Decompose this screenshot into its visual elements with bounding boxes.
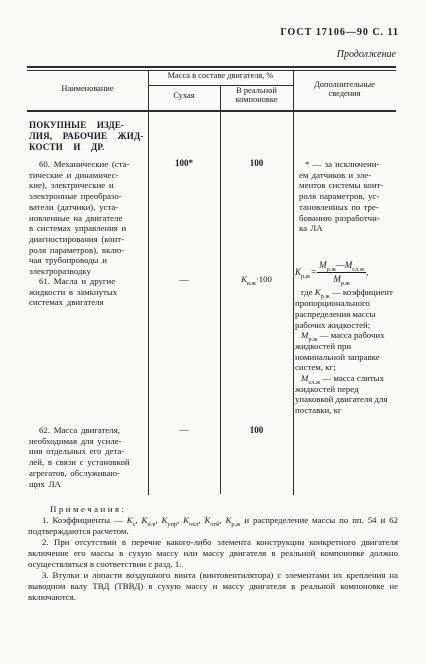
- note-2: 2. При отсутствии в перечне какого-либо …: [28, 537, 398, 570]
- row-60-name: 60. Механические (ста- тические и динами…: [29, 159, 148, 277]
- row-60-real-value: 100: [220, 158, 293, 168]
- note-1: 1. Коэффициенты — Кс, Кн.в, Купр, Кохл, …: [28, 515, 398, 537]
- row-60-dry-value: 100*: [148, 158, 220, 168]
- row-62-real-value: 100: [220, 425, 293, 435]
- row-60-additional-info: * — за исключени- ем датчиков и эле- мен…: [299, 159, 395, 234]
- header-bottom-rule: [27, 110, 396, 112]
- row-61-name: 61. Масла и другие жидкости в замкнутых …: [29, 276, 148, 308]
- mass-table: Наименование Масса в составе двигателя, …: [27, 66, 396, 495]
- column-divider-3: [293, 70, 294, 495]
- formula-denominator: Мр.ж: [333, 273, 350, 285]
- continuation-label: Продолжение: [337, 49, 396, 60]
- formula-comma: ,: [366, 267, 368, 278]
- legend-mslzh: Мсл.ж — масса слитых жидкостей перед упа…: [295, 373, 395, 416]
- legend-krzh: где Кр.ж — коэффициент пропорционального…: [295, 287, 395, 330]
- row-62-name: 62. Масса двигателя, необходимая для уси…: [29, 425, 148, 489]
- table-top-rule-outer: [27, 66, 396, 68]
- mass-coefficient-formula: Кр.ж= Мр.ж—Мсл.ж Мр.ж ,: [295, 260, 395, 284]
- column-header-real-layout: В реальной компоновке: [220, 87, 293, 105]
- legend-mrzh: Мр.ж — масса рабочих жидкостей при номин…: [295, 330, 395, 373]
- equals-sign: =: [311, 267, 316, 277]
- column-header-dry: Сухая: [148, 92, 220, 101]
- row-61-dry-value: —: [148, 275, 220, 285]
- formula-legend: где Кр.ж — коэффициент пропорционального…: [295, 287, 395, 415]
- formula-numerator: Мр.ж—Мсл.ж: [317, 260, 366, 273]
- formula-fraction: Мр.ж—Мсл.ж Мр.ж: [317, 260, 366, 284]
- formula-k-subscript: р.ж: [301, 273, 310, 280]
- coefficient-multiplier: ·100: [256, 274, 272, 284]
- row-62-dry-value: —: [148, 425, 220, 435]
- coefficient-subscript: в.ж: [247, 280, 256, 287]
- mass-subscript: р.ж: [341, 280, 350, 287]
- column-header-name: Наименование: [27, 85, 148, 94]
- formula-lhs: Кр.ж=: [295, 267, 317, 278]
- notes-title: Примечания:: [50, 504, 398, 515]
- column-header-additional: Дополнительные сведения: [293, 81, 396, 99]
- notes-section: Примечания: 1. Коэффициенты — Кс, Кн.в, …: [28, 504, 398, 603]
- mass-symbol: М: [319, 260, 327, 270]
- row-61-real-value: Кв.ж·100: [220, 274, 293, 284]
- row-61-additional-info: Кр.ж= Мр.ж—Мсл.ж Мр.ж , где Кр.ж — коэфф…: [295, 260, 395, 416]
- mass-symbol: М: [333, 274, 341, 284]
- column-header-mass-group: Масса в составе двигателя, %: [148, 72, 293, 81]
- section-heading-purchased-items: ПОКУПНЫЕ ИЗДЕ- ЛИЯ, РАБОЧИЕ ЖИД- КОСТИ И…: [29, 120, 147, 152]
- minus-sign: —: [336, 260, 345, 270]
- mass-subscript: сл.ж: [352, 266, 364, 273]
- standard-reference: ГОСТ 17106—90 С. 11: [280, 27, 399, 38]
- note-3: 3. Втулки и лопасти воздушного винта (ви…: [28, 570, 398, 603]
- document-page: ГОСТ 17106—90 С. 11 Продолжение Наименов…: [0, 0, 427, 664]
